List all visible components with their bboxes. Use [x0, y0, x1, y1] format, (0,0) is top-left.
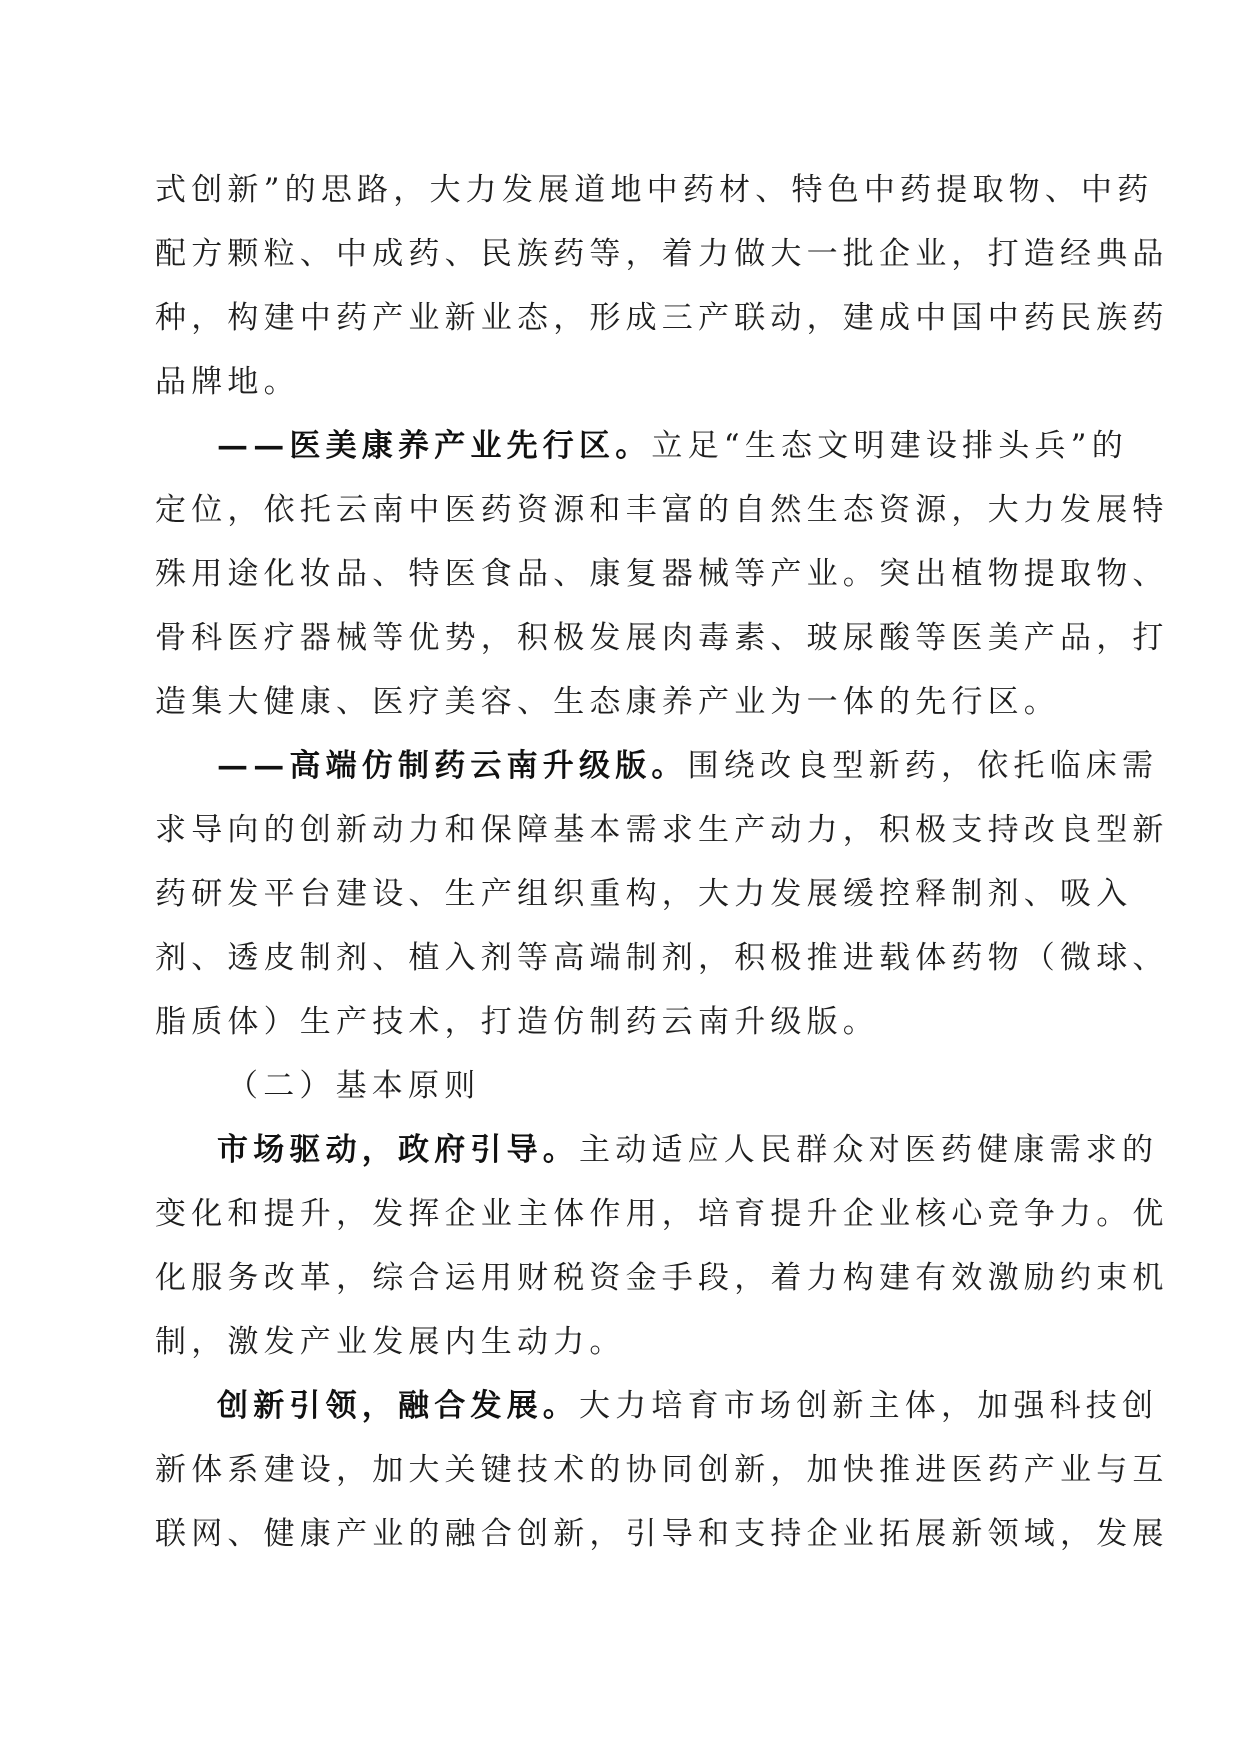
text-line: 新体系建设，加大关键技术的协同创新，加快推进医药产业与互 [155, 1438, 1080, 1502]
paragraph-tcm-continuation: 式创新”的思路，大力发展道地中药材、特色中药提取物、中药 配方颗粒、中成药、民族… [155, 158, 1080, 414]
text-line: 骨科医疗器械等优势，积极发展肉毒素、玻尿酸等医美产品，打 [155, 606, 1080, 670]
text-line: ——医美康养产业先行区。立足“生态文明建设排头兵”的 [155, 414, 1080, 478]
text-span: 大力培育市场创新主体，加强科技创 [579, 1388, 1158, 1424]
text-line: 品牌地。 [155, 350, 1080, 414]
paragraph-medical-beauty: ——医美康养产业先行区。立足“生态文明建设排头兵”的 定位，依托云南中医药资源和… [155, 414, 1080, 734]
text-span: 主动适应人民群众对医药健康需求的 [579, 1132, 1158, 1168]
text-line: ——高端仿制药云南升级版。围绕改良型新药，依托临床需 [155, 734, 1080, 798]
paragraph-market-driven: 市场驱动，政府引导。主动适应人民群众对医药健康需求的 变化和提升，发挥企业主体作… [155, 1118, 1080, 1374]
text-line: 殊用途化妆品、特医食品、康复器械等产业。突出植物提取物、 [155, 542, 1080, 606]
text-span: 围绕改良型新药，依托临床需 [688, 748, 1159, 784]
text-line: 种，构建中药产业新业态，形成三产联动，建成中国中药民族药 [155, 286, 1080, 350]
text-line: 创新引领，融合发展。大力培育市场创新主体，加强科技创 [155, 1374, 1080, 1438]
text-span: 立足“生态文明建设排头兵”的 [651, 428, 1128, 464]
text-line: 造集大健康、医疗美容、生态康养产业为一体的先行区。 [155, 670, 1080, 734]
text-line: 药研发平台建设、生产组织重构，大力发展缓控释制剂、吸入 [155, 862, 1080, 926]
document-page: 式创新”的思路，大力发展道地中药材、特色中药提取物、中药 配方颗粒、中成药、民族… [0, 0, 1240, 1754]
paragraph-lead-heading: ——高端仿制药云南升级版。 [217, 748, 688, 784]
principle-lead-heading: 创新引领，融合发展。 [217, 1388, 579, 1424]
text-line: 定位，依托云南中医药资源和丰富的自然生态资源，大力发展特 [155, 478, 1080, 542]
text-line: 联网、健康产业的融合创新，引导和支持企业拓展新领域，发展 [155, 1502, 1080, 1566]
document-body: 式创新”的思路，大力发展道地中药材、特色中药提取物、中药 配方颗粒、中成药、民族… [155, 158, 1080, 1566]
text-line: 式创新”的思路，大力发展道地中药材、特色中药提取物、中药 [155, 158, 1080, 222]
text-line: 化服务改革，综合运用财税资金手段，着力构建有效激励约束机 [155, 1246, 1080, 1310]
text-line: 变化和提升，发挥企业主体作用，培育提升企业核心竞争力。优 [155, 1182, 1080, 1246]
text-line: 市场驱动，政府引导。主动适应人民群众对医药健康需求的 [155, 1118, 1080, 1182]
section-heading: （二）基本原则 [155, 1054, 1080, 1118]
text-line: 剂、透皮制剂、植入剂等高端制剂，积极推进载体药物（微球、 [155, 926, 1080, 990]
text-line: 配方颗粒、中成药、民族药等，着力做大一批企业，打造经典品 [155, 222, 1080, 286]
text-line: 脂质体）生产技术，打造仿制药云南升级版。 [155, 990, 1080, 1054]
paragraph-generic-drugs: ——高端仿制药云南升级版。围绕改良型新药，依托临床需 求导向的创新动力和保障基本… [155, 734, 1080, 1054]
text-line: 制，激发产业发展内生动力。 [155, 1310, 1080, 1374]
paragraph-innovation-led: 创新引领，融合发展。大力培育市场创新主体，加强科技创 新体系建设，加大关键技术的… [155, 1374, 1080, 1566]
text-line: 求导向的创新动力和保障基本需求生产动力，积极支持改良型新 [155, 798, 1080, 862]
principle-lead-heading: 市场驱动，政府引导。 [217, 1132, 579, 1168]
paragraph-lead-heading: ——医美康养产业先行区。 [217, 428, 651, 464]
